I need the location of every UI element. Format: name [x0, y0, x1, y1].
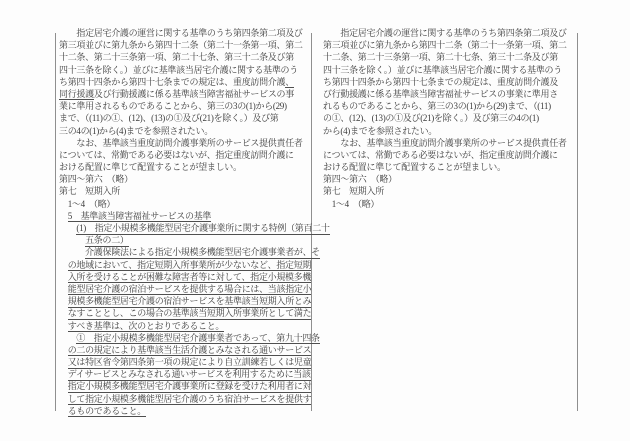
text-line: 1～4 （略） — [323, 198, 575, 210]
text-segment — [59, 296, 68, 306]
right-page-column: 指定居宅介護の運営に関する基準のうち第四条第二項及び第三項並びに第九条から第四十… — [323, 27, 575, 210]
underlined-amendment-text: 入所を受けることが困難な障害者等に対して、指定小規模多機 — [68, 272, 311, 284]
text-line: 四十三条を除く。）並びに基準該当居宅介護に関する基準のう — [59, 64, 310, 76]
text-line: れるものであることから、第三の3の(1)から(29)まで、（(11) — [323, 100, 575, 112]
text-line: 第四～第六 （略） — [323, 173, 575, 185]
text-line: の二の規定により基準該当生活介護とみなされる通いサービス — [59, 344, 310, 356]
text-line: 入所を受けることが困難な障害者等に対して、指定小規模多機 — [59, 271, 310, 283]
text-segment: なお、基準該当重度訪問介護事業所のサービス提供責任者 — [59, 138, 303, 148]
text-line: については、常勤である必要はないが、指定重度訪問介護に — [59, 149, 310, 161]
text-segment: なお、基準該当重度訪問介護事業所のサービス提供責任者 — [323, 138, 567, 148]
left-page-column: 指定居宅介護の運営に関する基準のうち第四条第二項及び第三項並びに第九条から第四十… — [59, 27, 310, 417]
text-segment: ち第四十四条から第四十七条までの規定は、重度訪問介護 — [59, 77, 285, 87]
underlined-amendment-text: 規模多機能型居宅介護の宿泊サービスを基準該当短期入所とみ — [68, 296, 312, 308]
text-line: ① 指定小規模多機能型居宅介護事業者であって、第九十四条 — [59, 332, 310, 344]
text-segment: については、常勤である必要はないが、指定重度訪問介護に — [59, 150, 294, 160]
text-line: ち第四十四条から第四十七条までの規定は、重度訪問介護及 — [323, 76, 575, 88]
text-line: 能型居宅介護の宿泊サービスを提供する場合には、当該指定小 — [59, 283, 310, 295]
text-segment — [59, 321, 68, 331]
text-segment: 第四～第六 （略） — [323, 174, 397, 184]
text-line: 第三項並びに第九条から第四十二条（第二十一条第一項、第二 — [59, 39, 310, 51]
underlined-amendment-text: 指定小規模多機能型居宅介護事業所に登録を受けた利用者に対 — [68, 381, 312, 393]
text-segment: の①、(12)、(13)の①及び(21)を除く。）及び第三の4の(1) — [323, 113, 539, 123]
underlined-amendment-text: すべき基準は、次のとおりであること。 — [68, 321, 224, 333]
text-line: から(4)までを参照されたい。 — [323, 125, 575, 137]
text-segment: ち第四十四条から第四十七条までの規定は、重度訪問介護及 — [323, 77, 558, 87]
underlined-amendment-text: ① 指定小規模多機能型居宅介護事業者であって、第九十四条 — [76, 333, 319, 345]
text-line: 第七 短期入所 — [323, 185, 575, 197]
text-segment: 第七 短期入所 — [323, 186, 384, 196]
underlined-amendment-text: なすこととし、この場合の基準該当短期入所事業所として満た — [68, 308, 312, 320]
text-segment — [59, 345, 68, 355]
text-line: ち第四十四条から第四十七条までの規定は、重度訪問介護、 — [59, 76, 310, 88]
text-line: 又は特区省令第四条第一項の規定により自立訓練若しくは児童 — [59, 356, 310, 368]
text-segment: 四十三条を除く。）並びに基準該当居宅介護に関する基準のう — [59, 65, 298, 75]
text-line: 介護保険法による指定小規模多機能型居宅介護事業者が、そ — [59, 246, 310, 258]
text-line: して指定小規模多機能型居宅介護のうち宿泊サービスを提供す — [59, 393, 310, 405]
text-segment: 十二条、第二十三条第一項、第二十七条、第三十二条及び第 — [59, 52, 294, 62]
underlined-amendment-text: の地域において、指定短期入所事業所が少ないなど、指定短期 — [68, 260, 311, 272]
text-segment: 業に準用されるものであることから、第三の3の(1)から(29) — [59, 101, 287, 111]
text-segment: び行動援護に係る基準該当障害福祉サービスの事業に準用さ — [323, 89, 558, 99]
text-segment: 1～4 （略） — [323, 199, 379, 209]
text-line: おける配置に準じて配置することが望ましい。 — [59, 161, 310, 173]
text-segment: については、常勤である必要はないが、指定重度訪問介護に — [323, 150, 558, 160]
text-segment — [59, 406, 68, 416]
text-line: 第四～第六 （略） — [59, 173, 310, 185]
text-line: 指定小規模多機能型居宅介護事業所に登録を受けた利用者に対 — [59, 380, 310, 392]
underlined-amendment-text: るものであること。 — [68, 406, 146, 418]
text-line: 十二条、第二十三条第一項、第二十七条、第三十二条及び第 — [59, 51, 310, 63]
text-line: 三の4の(1)から(4)までを参照されたい。 — [59, 125, 310, 137]
text-line: 四十三条を除く。）並びに基準該当居宅介護に関する基準のう — [323, 64, 575, 76]
text-segment: 三の4の(1)から(4)までを参照されたい。 — [59, 126, 213, 136]
text-line: 指定居宅介護の運営に関する基準のうち第四条第二項及び — [323, 27, 575, 39]
text-segment — [59, 247, 85, 257]
text-line: 規模多機能型居宅介護の宿泊サービスを基準該当短期入所とみ — [59, 295, 310, 307]
underlined-amendment-text: (1) 指定小規模多機能型居宅介護事業所に関する特例（第百二十 — [76, 223, 329, 235]
text-segment: 1～4 （略） — [59, 199, 115, 209]
comparison-document: 指定居宅介護の運営に関する基準のうち第四条第二項及び第三項並びに第九条から第四十… — [0, 0, 630, 441]
text-line: 5 基準該当障害福祉サービスの基準 — [59, 210, 310, 222]
underlined-amendment-text: デイサービスとみなされる通いサービスを利用するために当該 — [68, 369, 311, 381]
text-segment: 第三項並びに第九条から第四十二条（第二十一条第一項、第二 — [59, 40, 303, 50]
text-line: 業に準用されるものであることから、第三の3の(1)から(29) — [59, 100, 310, 112]
text-segment: 四十三条を除く。）並びに基準該当居宅介護に関する基準のう — [323, 65, 562, 75]
text-segment: 指定居宅介護の運営に関する基準のうち第四条第二項及び — [323, 28, 567, 38]
text-segment — [59, 381, 68, 391]
text-segment: 十二条、第二十三条第一項、第二十七条、第三十二条及び第 — [323, 52, 558, 62]
text-line: すべき基準は、次のとおりであること。 — [59, 320, 310, 332]
text-line: おける配置に準じて配置することが望ましい。 — [323, 161, 575, 173]
text-segment — [59, 235, 85, 245]
text-segment — [59, 260, 68, 270]
text-line: なすこととし、この場合の基準該当短期入所事業所として満た — [59, 307, 310, 319]
text-segment — [59, 369, 68, 379]
text-line: 1～4 （略） — [59, 198, 310, 210]
underlined-amendment-text: 5 基準該当障害福祉サービスの基準 — [68, 211, 211, 223]
text-segment: から(4)までを参照されたい。 — [323, 126, 437, 136]
text-segment: れるものであることから、第三の3の(1)から(29)まで、（(11) — [323, 101, 551, 111]
underlined-amendment-text: 五条の二） — [85, 235, 129, 247]
text-line: 五条の二） — [59, 234, 310, 246]
text-line: の①、(12)、(13)の①及び(21)を除く。）及び第三の4の(1) — [323, 112, 575, 124]
text-line: の地域において、指定短期入所事業所が少ないなど、指定短期 — [59, 259, 310, 271]
underlined-amendment-text: 、 — [285, 77, 294, 89]
text-segment: 第三項並びに第九条から第四十二条（第二十一条第一項、第二 — [323, 40, 567, 50]
right-column-rule — [577, 33, 578, 411]
underlined-amendment-text: 又は特区省令第四条第一項の規定により自立訓練若しくは児童 — [68, 357, 312, 369]
text-segment — [59, 394, 68, 404]
text-line: 第三項並びに第九条から第四十二条（第二十一条第一項、第二 — [323, 39, 575, 51]
text-segment: おける配置に準じて配置することが望ましい。 — [59, 162, 242, 172]
text-segment — [59, 308, 68, 318]
column-divider-rule — [311, 33, 312, 411]
text-line: るものであること。 — [59, 405, 310, 417]
text-segment — [59, 272, 68, 282]
text-line: び行動援護に係る基準該当障害福祉サービスの事業に準用さ — [323, 88, 575, 100]
text-segment: 及び行動援護に係る基準該当障害福祉サービスの事 — [94, 89, 294, 99]
underlined-amendment-text: の二の規定により基準該当生活介護とみなされる通いサービス — [68, 345, 312, 357]
text-line: 十二条、第二十三条第一項、第二十七条、第三十二条及び第 — [323, 51, 575, 63]
text-line: 指定居宅介護の運営に関する基準のうち第四条第二項及び — [59, 27, 310, 39]
text-line: 同行援護及び行動援護に係る基準該当障害福祉サービスの事 — [59, 88, 310, 100]
text-line: (1) 指定小規模多機能型居宅介護事業所に関する特例（第百二十 — [59, 222, 310, 234]
left-column-rule — [55, 33, 56, 411]
text-line: なお、基準該当重度訪問介護事業所のサービス提供責任者 — [323, 137, 575, 149]
text-segment — [59, 284, 68, 294]
text-line: デイサービスとみなされる通いサービスを利用するために当該 — [59, 368, 310, 380]
text-line: 第七 短期入所 — [59, 185, 310, 197]
underlined-amendment-text: 能型居宅介護の宿泊サービスを提供する場合には、当該指定小 — [68, 284, 312, 296]
text-line: まで、（(11)の①、(12)、(13)の①及び(21)を除く。）及び第 — [59, 112, 310, 124]
text-line: については、常勤である必要はないが、指定重度訪問介護に — [323, 149, 575, 161]
text-segment: 第七 短期入所 — [59, 186, 120, 196]
text-segment — [59, 357, 68, 367]
text-segment: 指定居宅介護の運営に関する基準のうち第四条第二項及び — [59, 28, 303, 38]
underlined-amendment-text: 同行援護 — [59, 89, 94, 101]
text-segment: 第四～第六 （略） — [59, 174, 133, 184]
text-segment: まで、（(11)の①、(12)、(13)の①及び(21)を除く。）及び第 — [59, 113, 278, 123]
underlined-amendment-text: して指定小規模多機能型居宅介護のうち宿泊サービスを提供す — [68, 394, 312, 406]
text-segment: おける配置に準じて配置することが望ましい。 — [323, 162, 506, 172]
underlined-amendment-text: 介護保険法による指定小規模多機能型居宅介護事業者が、そ — [85, 247, 320, 259]
text-segment — [59, 211, 68, 221]
text-segment — [59, 333, 76, 343]
text-segment — [59, 223, 76, 233]
text-line: なお、基準該当重度訪問介護事業所のサービス提供責任者 — [59, 137, 310, 149]
